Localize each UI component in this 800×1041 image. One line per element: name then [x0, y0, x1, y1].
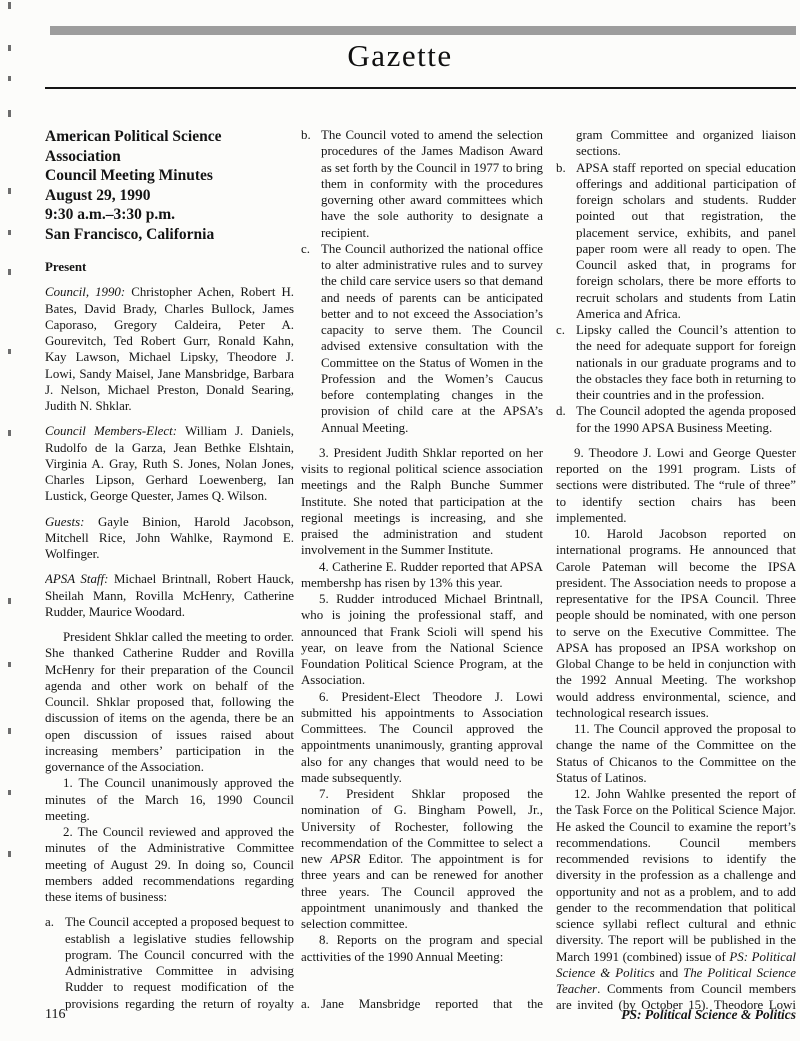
paragraph: 9. Theodore J. Lowi and George Quester r… — [556, 445, 796, 526]
present-heading: Present — [45, 259, 294, 275]
section-title: Gazette — [0, 38, 800, 74]
item-label: c. — [301, 241, 321, 257]
item-label: a. — [45, 914, 65, 930]
italic-text-run: Guests: — [45, 515, 98, 529]
paragraph: 12. John Wahlke presented the report of … — [556, 786, 796, 1013]
italic-text-run: APSR — [330, 852, 360, 866]
text-run: The Council voted to amend the selection… — [321, 128, 543, 240]
item-body: APSA staff reported on special education… — [576, 161, 796, 321]
text-run: 2. The Council reviewed and approved the… — [45, 825, 294, 904]
paragraph: 6. President-Elect Theodore J. Lowi subm… — [301, 689, 543, 787]
item-label: c. — [556, 322, 576, 338]
text-run: 3. President Judith Shklar reported on h… — [301, 446, 543, 558]
paragraph: 2. The Council reviewed and approved the… — [45, 824, 294, 905]
text-run: 11. The Council approved the proposal to… — [556, 722, 796, 785]
italic-text-run: Council, 1990: — [45, 285, 131, 299]
item-body: The Council authorized the national offi… — [321, 242, 543, 435]
item-label: b. — [301, 127, 321, 143]
journal-page: Gazette American Political Science Assoc… — [0, 0, 800, 1041]
item-body: The Council voted to amend the selection… — [321, 128, 543, 240]
paragraph: 11. The Council approved the proposal to… — [556, 721, 796, 786]
text-run: and — [655, 966, 683, 980]
item-body: The Council adopted the agenda proposed … — [576, 404, 796, 434]
text-run: 12. John Wahlke presented the report of … — [556, 787, 796, 964]
paragraph: 3. President Judith Shklar reported on h… — [301, 445, 543, 559]
item-body: Lipsky called the Council’s attention to… — [576, 323, 796, 402]
text-run: 1. The Council unanimously approved the … — [45, 776, 294, 823]
text-run: Lipsky called the Council’s attention to… — [576, 323, 796, 402]
text-run: 6. President-Elect Theodore J. Lowi subm… — [301, 690, 543, 785]
text-column-2: b.The Council voted to amend the selecti… — [301, 127, 543, 1013]
paragraph: 7. President Shklar proposed the nominat… — [301, 786, 543, 932]
list-item: d.The Council adopted the agenda propose… — [556, 403, 796, 436]
list-item: b.APSA staff reported on special educati… — [556, 160, 796, 323]
text-run: 8. Reports on the program and special ac… — [301, 933, 543, 963]
paragraph: 10. Harold Jacobson reported on internat… — [556, 526, 796, 721]
paragraph: 8. Reports on the program and special ac… — [301, 932, 543, 965]
paragraph: 5. Rudder introduced Michael Brintnall, … — [301, 591, 543, 689]
text-run: 4. Catherine E. Rudder reported that APS… — [301, 560, 543, 590]
paragraph: 4. Catherine E. Rudder reported that APS… — [301, 559, 543, 592]
text-run: The Council authorized the national offi… — [321, 242, 543, 435]
text-run: The Council accepted a proposed bequest … — [65, 915, 294, 1013]
text-run: gram Committee and organized liaison sec… — [576, 128, 796, 158]
italic-text-run: Council Members-Elect: — [45, 424, 185, 438]
text-column-1: American Political Science Association C… — [45, 127, 294, 1013]
text-run: 5. Rudder introduced Michael Brintnall, … — [301, 592, 543, 687]
list-item: c.Lipsky called the Council’s attention … — [556, 322, 796, 403]
paragraph: President Shklar called the meeting to o… — [45, 629, 294, 775]
text-run: 9. Theodore J. Lowi and George Quester r… — [556, 446, 796, 525]
header-gray-bar — [50, 26, 796, 35]
item-label: b. — [556, 160, 576, 176]
paragraph: gram Committee and organized liaison sec… — [556, 127, 796, 160]
item-label: d. — [556, 403, 576, 419]
list-item: c.The Council authorized the national of… — [301, 241, 543, 436]
header-rule — [45, 87, 796, 89]
item-body: The Council accepted a proposed bequest … — [65, 915, 294, 1013]
italic-text-run: APSA Staff: — [45, 572, 114, 586]
text-run: APSA staff reported on special education… — [576, 161, 796, 321]
paragraph: Council Members-Elect: William J. Daniel… — [45, 423, 294, 504]
text-run: 10. Harold Jacobson reported on internat… — [556, 527, 796, 720]
paragraph: Council, 1990: Christopher Achen, Robert… — [45, 284, 294, 414]
text-run: President Shklar called the meeting to o… — [45, 630, 294, 774]
running-footer: PS: Political Science & Politics — [45, 1007, 796, 1023]
text-run: The Council adopted the agenda proposed … — [576, 404, 796, 434]
list-item: b.The Council voted to amend the selecti… — [301, 127, 543, 241]
paragraph: 1. The Council unanimously approved the … — [45, 775, 294, 824]
list-item: a.The Council accepted a proposed beques… — [45, 914, 294, 1013]
text-run: Christopher Achen, Robert H. Bates, Davi… — [45, 285, 294, 413]
text-column-3: gram Committee and organized liaison sec… — [556, 127, 796, 1013]
article-title: American Political Science Association C… — [45, 127, 294, 244]
paragraph: Guests: Gayle Binion, Harold Jacobson, M… — [45, 514, 294, 563]
paragraph: APSA Staff: Michael Brintnall, Robert Ha… — [45, 571, 294, 620]
